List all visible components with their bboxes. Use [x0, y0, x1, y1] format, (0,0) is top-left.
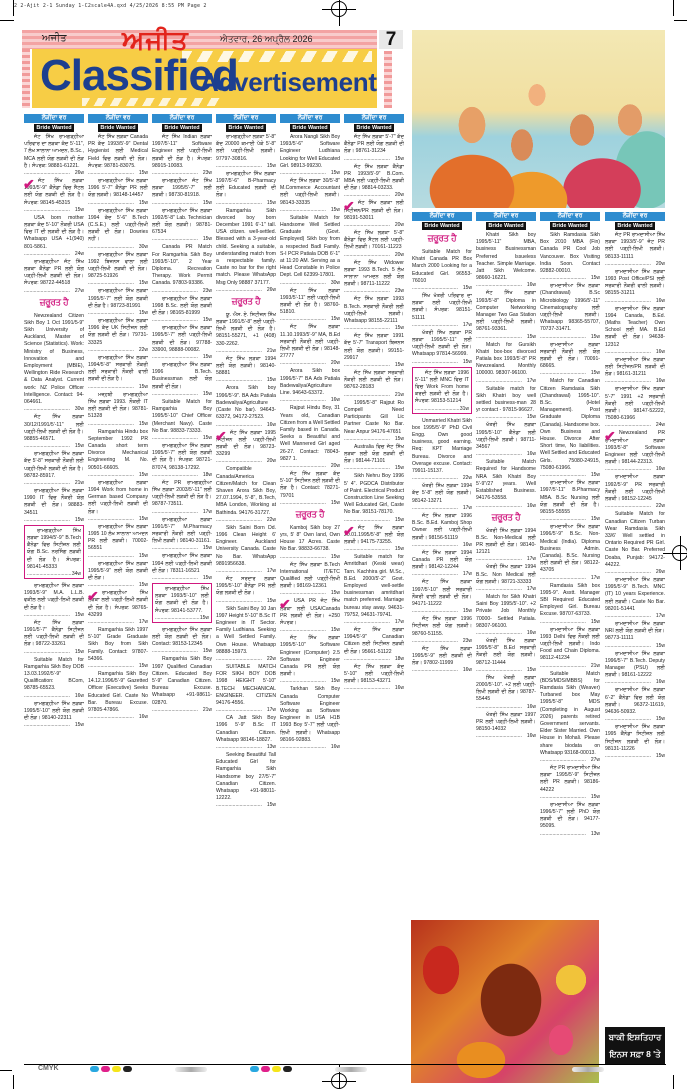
ad-text: ਰਾਮਦਾਸੀਆ ਸਿੱਖ ਲੜਕਾ (Chandrawal) B.Sc Mic…: [540, 283, 600, 333]
classified-ad: ਜੱਟ ਸਿੱਖ ਲੜਕਾ 1993 B.Tech. ਸਰਕਾਰੀ ਨੌਕਰੀ …: [344, 294, 404, 331]
word-count: 15w: [331, 500, 340, 506]
ad-text: ਖੱਤਰੀ ਸਿੱਖ ਲੜਕਾ 1995/5'-10" ਕੈਨੇਡਾ ਲਈ ਪੜ…: [476, 422, 536, 451]
classified-ad: USA born mother ਲੜਕਾ ਕੱਦ 5'-10" ਨੌਕਰੀ US…: [24, 213, 84, 257]
ad-text: ਖੱਤਰੀ ਸਿੱਖ ਲੜਕਾ 1994 ਕੱਦ 5'-8" ਲਈ ਯੋਗ ਲੜ…: [412, 483, 472, 505]
classified-ad: Seeking Beautiful Tall Educated Girl for…: [216, 750, 276, 808]
classified-ad: Suitable Match for Canadian Citizen Turb…: [605, 509, 665, 575]
column-header-punjabi: ਲੋੜੀਂਦਾ ਵਰ: [216, 114, 276, 123]
ad-text: Ramdasia Sikh box 1995-9". Asstt. Manage…: [540, 583, 600, 619]
dot-leader: .................................: [216, 802, 267, 808]
classified-ad: Australia ਵਿਚ ਜੱਟ ਸਿੱਖ ਲੜਕਾ ਲਈ ਯੋਗ ਲੜਕੀ …: [344, 442, 404, 472]
classified-ad: Sikh Ramdasia Sikh Box 2010 MBA (Fin) Ca…: [540, 230, 600, 281]
column-header-punjabi: ਲੋੜੀਂਦਾ ਵਰ: [24, 114, 84, 123]
ad-text: ਜੱਟ ਸਿੱਖ ਲੜਕਾ 1994 Canada PR ਲਈ ਯੋਗ ਲੜਕੀ…: [412, 550, 472, 572]
classified-ad: ਰਾਮਗੜ੍ਹੀਆ ਸਿੱਖ ਲੜਕਾ 1995/5'-9" ਲਈ ਯੋਗ ਲੜ…: [88, 559, 148, 589]
ad-text: ਰਾਮਗੜ੍ਹੀਆ ਸਿੱਖ ਲੜਕਾ 1995/5'-7" ਲਈ ਯੋਗ ਲੜ…: [152, 443, 212, 472]
ad-word-count: .................................16w: [476, 503, 536, 509]
classified-ad: Ramdasia Sikh box 1995-9". Asstt. Manage…: [540, 581, 600, 625]
classified-ad: ਜੱਟ ਸਿੱਖ ਲੜਕਾ ਕੱਦ 5'-10" ਲਈ ਪੜ੍ਹੀ-ਲਿਖੀ ਲ…: [344, 662, 404, 692]
ad-text: ਰਾਮਦਾਸੀਆ ਸਿੱਖ ਲੜਕਾ 5'-7" 1991 +2 ਸਰਕਾਰੀ …: [605, 386, 665, 422]
classified-ad: ਜੱਟ ਸਿੱਖ ਲੜਕਾ ਕੈਨੇਡਾ PR 1993/5'-9" B.Com…: [344, 162, 404, 199]
crop-mark-bl: [13, 1075, 14, 1089]
column-header-english: Bride Wanted: [34, 124, 74, 132]
grey-balance-bar: [335, 1067, 367, 1072]
classified-ad: ਰਾਮਗੜ੍ਹੀਆ ਸਿੱਖ ਲੜਕਾ 1990 IT ਵਿਚ ਨੌਕਰੀ ਯੋ…: [24, 486, 84, 523]
classified-ad: ਰਾਮਦਾਸੀਆ ਸਿੱਖ ਲੜਕਾ 1995 ਕੈਨੇਡਾ ਸਿਟੀਜ਼ਨ ਲ…: [605, 722, 665, 759]
ad-word-count: .................................16w: [412, 667, 472, 673]
classified-ad: ਜੱਟ ਸਿੱਖ ਲੜਕਾ 1993/5'-8" Diploma in Comp…: [476, 288, 536, 339]
word-count: 15w: [200, 615, 209, 621]
column-header-english: Bride Wanted: [226, 124, 266, 132]
ad-word-count: .................................26w: [216, 287, 276, 293]
ad-text: ਰਾਮਗੜ੍ਹੀਆ ਸਿੱਖ ਲੜਕਾ 1994 ਕੱਦ 5'-6" B.Tec…: [88, 208, 148, 244]
column-header: ਲੋੜੀਂਦਾ ਵਰBride Wanted: [540, 212, 600, 230]
column-header-punjabi: ਲੋੜੀਂਦਾ ਵਰ: [88, 114, 148, 123]
ad-text: ਜੱਟ ਸਿੱਖ ਲੜਕਾ 1991/5'-7" ਕੈਨੇਡਾ ਸਿਟੀਜ਼ਨ …: [24, 620, 84, 649]
ad-text: Kamboj Sikh boy 27 yrs, 5' 8" Own land, …: [280, 525, 340, 554]
ad-text: ਜੱਟ ਸਿੱਖ Widower ਲੜਕਾ 1993 B.Tech. 5 ਲੱਖ…: [344, 260, 404, 289]
column-header-punjabi: ਲੋੜੀਂਦਾ ਵਰ: [476, 212, 536, 221]
classified-ad: Match for Canadian Citizen Ramdasia Sikh…: [540, 376, 600, 478]
ad-text: Suitable Match Required for Handsome NRA…: [476, 459, 536, 502]
ad-text: ਰਾਮਗੜ੍ਹੀਆ ਸਿੱਖ ਲੜਕਾ 1990 IT ਵਿਚ ਨੌਕਰੀ ਯੋ…: [24, 488, 84, 517]
word-count: 16w: [527, 503, 536, 509]
ad-text: ਜੱਟ ਸਿੱਖ ਲੜਕਾ 30/5'-8" M.Commerce Accoun…: [280, 178, 340, 207]
classified-ad: ਜੱਟ ਸਿੱਖ ਲੜਕਾ 1991 ਕੱਦ 5'-7" Transport ਬ…: [344, 331, 404, 368]
ad-text: ਜੱਟ ਸਿੱਖ ਲੜਕਾ 1994/5'-9" Canadian Citize…: [344, 627, 404, 656]
classified-ad: ਰਾਮਗੜ੍ਹੀਆ ਸਿੱਖ ਲੜਕਾ 1994 ਕੱਦ 5'-6" B.Tec…: [88, 206, 148, 250]
dot-leader: .................................: [24, 722, 75, 728]
classified-ad: ਜੱਟ ਸਿੱਖ ਲੜਕਾ ਸਰਕਾਰੀ ਨੌਕਰੀ ਲਈ ਲੜਕੀ ਦੀ ਲੋ…: [344, 368, 404, 398]
classified-ad: Ramgarhia Sikh Boy 1997 Qualified Canadi…: [152, 654, 212, 712]
word-count: 16w: [331, 744, 340, 750]
classified-ad: Compatible Canada/America Citizen/Match …: [216, 464, 276, 522]
classified-ad: ਜੱਟ PR ਰਾਮਦਾਸੀਆ ਸਿੱਖ ਲੜਕਾ 1995/5'-9" ਸਿਟ…: [540, 763, 600, 800]
ad-text: ਰਾਮਗੜ੍ਹੀਆ ਸਿੱਖ ਲੜਕਾ 1997/5'-6" B-Pharmac…: [216, 171, 276, 200]
ad-text: Suitable Match for Canadian Citizen Turb…: [605, 511, 665, 569]
ad-text: ਰਾਮਗੜ੍ਹੀਆ ਲੜਕਾ 1991/5'-7" M.Pharmacy ਸਰਕ…: [152, 517, 212, 546]
ad-text: ਮਜ਼੍ਹਬੀ ਰਾਮਗੜ੍ਹੀਆ ਸਿੱਖ ਲੜਕਾ 1993. ਨੌਕਰੀ …: [88, 392, 148, 421]
dot-leader: .................................: [605, 753, 656, 759]
photo-bridal-mehndi-hands: [411, 920, 599, 1083]
column-header-english: Bride Wanted: [486, 222, 526, 230]
ad-text: Ramgarhia Sikh divorced boy born Decembe…: [216, 208, 276, 287]
ad-word-count: .................................15w: [412, 359, 472, 365]
grey-balance-bar: [572, 1067, 604, 1072]
column-header-english: Bride Wanted: [354, 124, 394, 132]
ad-text: ਰਾਮਗੜ੍ਹੀਆ ਸਿੱਖ ਲੜਕਾ 1994 ਲਈ ਪੜ੍ਹੀ-ਲਿਖੀ ਲ…: [152, 553, 212, 575]
ad-text: ਜੱਟ ਸਿੱਖ ਲੜਕਾ 1993/5'-8" Diploma in Comp…: [476, 290, 536, 333]
paper-small-label: ਅਜੀਤ: [42, 33, 67, 44]
column-header-punjabi: ਲੋੜੀਂਦਾ ਵਰ: [280, 114, 340, 123]
ad-text: Australia ਵਿਚ ਜੱਟ ਸਿੱਖ ਲੜਕਾ ਲਈ ਯੋਗ ਲੜਕੀ …: [344, 444, 404, 466]
classified-ad: ਰਾਮਦਾਸੀਆ ਸਿੱਖ ਲੜਕਾ 1993 Post Office/PSI …: [605, 267, 665, 304]
classified-ad: ਜੱਟ ਸਿੱਖ ਰਾਮਗੜ੍ਹੀਆ ਪਰਿਵਾਰ ਦਾ ਲੜਕਾ ਕੱਦ 5'…: [24, 132, 84, 176]
ad-text: Rajput Hindu Boy, 31 Years old, Canadian…: [280, 405, 340, 463]
ad-text: ਰਾਮਗੜ੍ਹੀਆ ਸਿੱਖ ਲੜਕਾ 1995/5'-7" ਲਈ ਪੜ੍ਹੀ-…: [152, 325, 212, 354]
ad-text: Ramgarhia Sikh 1997 5'-10" Grade Graduat…: [88, 627, 148, 663]
ad-text: Match for Canadian Citizen Ramdasia Sikh…: [540, 378, 600, 472]
classified-ad: ਜੱਟ ਸਿੱਖ ਲੜਕਾ 1991/5'-7" ਕੈਨੇਡਾ ਸਿਟੀਜ਼ਨ …: [24, 618, 84, 655]
classified-column: ਲੋੜੀਂਦਾ ਵਰBride Wantedਜੱਟ ਸਿੱਖ ਲੜਕਾ Cana…: [88, 114, 148, 1064]
dot-leader: .................................: [152, 707, 203, 713]
classified-ad: ✔ਜੱਟ ਸਿੱਖ ਲੜਕਾ 1993/5'-9" ਕੈਨੇਡਾ ਵਿਚ ਸੈਟ…: [24, 176, 84, 213]
classified-ad: Arora Sikh boy 1996/5'-9". BA Ads Patial…: [216, 383, 276, 427]
classified-ad: Suitable match for Sikh Khatri boy well …: [476, 384, 536, 421]
ad-text: ਰਾਮਦਾਸੀਆ ਸਿੱਖ ਲੜਕਾ NRI ਲਈ ਯੋਗ ਲੜਕੀ ਦੀ ਲੋ…: [605, 621, 665, 643]
classified-ad: ਰਾਮਗੜ੍ਹੀਆ ਸਿੱਖ ਲੜਕਾ 1995/5'-7" ਲਈ ਯੋਗ ਲੜ…: [152, 441, 212, 478]
crop-mark-tl-h: [0, 20, 14, 21]
classified-ad: ਜੱਟ ਸਿੱਖ ਲੜਕਾ 5'-8" ਕੈਨੇਡਾ ਵਿਚ ਸੈਟਲ ਲਈ ਪ…: [344, 228, 404, 258]
column-header-english: Bride Wanted: [290, 124, 330, 132]
classified-ad: ਜੱਟ ਸਿੱਖ ਲੜਕਾ 1995/5'-10" Software Engin…: [280, 633, 340, 684]
print-slug: 2 2-Ajit 2-1 Sunday 1-C2scale4A.qxd 4/25…: [14, 3, 207, 9]
ad-text: Match for Sikh Khatri Saini Boy 1995/5'-…: [476, 594, 536, 630]
ad-text: ਜੱਟ ਸਿੱਖ ਲੜਕਾ 1997/5'-10" ਲਈ ਸਰਕਾਰੀ ਨੌਕਰ…: [412, 579, 472, 608]
ad-text: ਰਾਮਗੜ੍ਹੀਆ ਸਿੱਖ ਲੜਕਾ 1995/5'-10" ਲਈ ਯੋਗ ਲ…: [24, 701, 84, 723]
ad-word-count: .................................13w: [540, 831, 600, 837]
classified-ad: ਰਾਮਦਾਸੀਆ ਸਿੱਖ ਲੜਕਾ 1993 Delhi ਵਿਚ ਨੌਕਰੀ …: [540, 625, 600, 669]
word-count: 15w: [75, 722, 84, 728]
classified-ad: Sikh Saini Born Dd. 1996 Clean Height 6'…: [216, 523, 276, 574]
ad-word-count: .................................15w: [24, 722, 84, 728]
ad-text: ਜੱਟ ਸਿੱਖ ਲੜਕਾ 1993 B.Tech. ਸਰਕਾਰੀ ਨੌਕਰੀ …: [344, 296, 404, 325]
classified-ad: ਰਾਮਗੜ੍ਹੀਆ ਲੜਕਾ 1994 Work from home in Ge…: [88, 478, 148, 522]
ad-word-count: .................................16w: [344, 685, 404, 691]
masthead-left-strip: [22, 49, 30, 108]
ad-text: Newzealand Citizen Sikh Boy 1 Oct 1991/5…: [24, 313, 84, 407]
classified-ad: ਰਾਮਗੜ੍ਹੀਆ ਸਿੱਖ ਲੜਕਾ 1994/5'-9" B.Tech ਕੈ…: [24, 525, 84, 579]
crop-mark-bl-h: [0, 1070, 12, 1071]
checkmark-icon: ✔: [344, 525, 355, 537]
word-count: 16w: [395, 685, 404, 691]
checkmark-icon: ✔: [280, 598, 291, 610]
ad-text: ਸਿੱਖ ਖੱਤਰੀ ਲੜਕਾ 2000/5'-10". +2 ਲਈ ਪੜ੍ਹੀ…: [476, 675, 536, 704]
classified-column: ਲੋੜੀਂਦਾ ਵਰBride Wantedਜੱਟ PR ਰਾਮਦਾਸੀਆ ਸਿ…: [605, 212, 665, 1024]
classified-ad: ਰਾਮਗੜ੍ਹੀਆ ਸਿੱਖ ਲੜਕਾ 1995 10 ਲੱਖ ਸਾਲਾਨਾ ਆ…: [88, 522, 148, 559]
checkmark-icon: ✔: [344, 200, 355, 212]
classified-ad: Unmarried Khatri Sikh box 1995/5'-9" PhD…: [412, 416, 472, 482]
ad-text: Khatri Sikh boy 1995/5'-11" MBA, busines…: [476, 232, 536, 282]
classified-ad: ✔ਜੱਟ ਸਿੱਖ ਲੜਕਾ 1995 ਸਿਟੀਜ਼ਨ ਲਈ ਪੜ੍ਹੀ-ਲਿਖ…: [216, 428, 276, 465]
ad-text: Tarkhan Sikh Boy Canada Computer Softwar…: [280, 686, 340, 744]
classified-ad: ਜੱਟ ਸਿੱਖ ਲੜਕਾ 30/12/1991/5'-11" ਲਈ ਪੜ੍ਹੀ…: [24, 412, 84, 449]
registration-mark-right: [672, 545, 687, 561]
word-count: 13w: [591, 831, 600, 837]
word-count: 15w: [656, 753, 665, 759]
word-count: 15w: [75, 517, 84, 523]
ad-text: ਰਾਮਗੜ੍ਹੀਆ ਸਿੱਖ ਲੜਕਾ 1994/5'-8" ਸਰਕਾਰੀ ਨੌ…: [88, 355, 148, 384]
column-header: ਲੋੜੀਂਦਾ ਵਰBride Wanted: [152, 114, 212, 132]
classified-ad: ਰਾਮਗੜ੍ਹੀਆ ਸਿੱਖ ਲੜਕਾ 1993/5'-10" ਲਈ ਯੋਗ ਲ…: [152, 583, 212, 623]
word-count: 15w: [463, 359, 472, 365]
column-header-punjabi: ਲੋੜੀਂਦਾ ਵਰ: [412, 212, 472, 221]
dot-leader: .................................: [415, 406, 460, 412]
classified-ad: ਰਾਮਦਾਸੀਆ ਸਿੱਖ ਲੜਕਾ 1995/5'-9" B.Tech. MN…: [605, 575, 665, 619]
classified-ad: ਰਾਮਦਾਸੀਆ ਸਿੱਖ ਲੜਕਾ 5'-7" 1991 +2 ਸਰਕਾਰੀ …: [605, 384, 665, 428]
word-count: 16w: [527, 733, 536, 739]
crop-mark-tr: [673, 0, 674, 16]
ad-text: ਰਾਮਗੜ੍ਹੀਆ ਜੱਟ ਸਿੱਖ ਲੜਕਾ ਕੈਨੇਡਾ PR ਲਈ ਯੋਗ…: [24, 259, 84, 288]
ad-text: Suitable match for Sikh Khatri boy well …: [476, 386, 536, 415]
classified-ad: Khatri Sikh boy 1995/5'-11" MBA, busines…: [476, 230, 536, 288]
classified-ad: ਰਾਮਗੜ੍ਹੀਆ ਜੱਟ ਸਿੱਖ ਲੜਕਾ ਕੈਨੇਡਾ PR ਲਈ ਯੋਗ…: [24, 257, 84, 294]
classified-ad: ✔USA PR ਜੱਟ ਸਿੱਖ ਲੜਕਾ ਲਈ USA/Canada PR ਲ…: [280, 596, 340, 633]
checkmark-icon: ✔: [24, 178, 35, 190]
column-header: ਲੋੜੀਂਦਾ ਵਰBride Wanted: [280, 114, 340, 132]
ad-word-count: .................................27w: [24, 288, 84, 294]
ad-text: ਯੂ. ਐਸ. ਏ. ਸਿਟੀਜ਼ਨ ਸਿੱਖ ਲੜਕਾ 1991/5'-8" …: [216, 312, 276, 348]
ad-text: Suitable Match for Khatri Canada PR Box …: [412, 249, 472, 285]
classified-ad: ਜੱਟ ਸਿੱਖ ਲੜਕਾ 1994 Canada PR ਲਈ ਯੋਗ ਲੜਕੀ…: [412, 548, 472, 578]
ad-text: CA Jatt Sikh Boy 1996 5'-9" B.Sc IT Cana…: [216, 715, 276, 744]
column-header-english: Bride Wanted: [615, 222, 655, 230]
continued-line2: ਇਨਸ ਸਫ਼ਾ 8 'ਤੇ: [605, 1046, 665, 1063]
classified-ad: ਖੱਤਰੀ ਸਿੱਖ ਲੜਕਾ 1994 B.Sc. Non Medical ਲ…: [476, 562, 536, 592]
ad-text: ਜੱਟ ਸਿੱਖ ਲੜਕਾ Canada PR ਕੱਦ 1993/5'-9" D…: [88, 134, 148, 170]
classified-ad: ਰਾਮਦਾਸੀਆ ਸਿੱਖ ਲੜਕਾ 1997/5'-11" B.Pharmac…: [540, 478, 600, 522]
cmyk-label: CMYK: [38, 1065, 59, 1072]
classified-ad: ਜੱਟ PR ਰਾਮਗੜ੍ਹੀਆ ਸਿੱਖ ਲੜਕਾ 2003/5'-11" ਲ…: [152, 478, 212, 515]
word-count: 27w: [75, 288, 84, 294]
dot-leader: .................................: [88, 714, 139, 720]
ad-text: ਜੱਟ PR ਰਾਮਦਾਸੀਆ ਸਿੱਖ ਲੜਕਾ 1993/5'-9" ਜੱਟ…: [605, 232, 665, 261]
ad-word-count: .................................21w: [152, 707, 212, 713]
column-header-english: Bride Wanted: [422, 222, 462, 230]
ad-text: ਸਿੱਖ ਖੱਤਰੀ ਪਰਿਵਾਰ ਦਾ ਲੜਕਾ ਲਈ ਪੜ੍ਹੀ-ਲਿਖੀ …: [412, 293, 472, 322]
column-header: ਲੋੜੀਂਦਾ ਵਰBride Wanted: [24, 114, 84, 132]
classified-ad: ਰਾਮਗੜ੍ਹੀਆ ਸਿੱਖ ਲੜਕਾ 1992/5'-8" Lab. Tech…: [152, 206, 212, 243]
classified-ad: Sikh Nehru Boy 1996 5' 4". PGDCA Distrib…: [344, 471, 404, 522]
classified-ad: Sikh Saini Boy 10 Jan 1997 Height 5'-10"…: [216, 604, 276, 662]
classified-ad: Ramgarhia Sikh Boy 14.12.1996/5'-9" Gaze…: [88, 669, 148, 720]
classified-ad: ਜੱਟ ਸਿੱਖ ਲੜਕਾ 1993/5'-11" ਲਈ ਪੜ੍ਹੀ-ਲਿਖੀ …: [280, 286, 340, 323]
ad-text: Compatible Canada/America Citizen/Match …: [216, 466, 276, 516]
ad-text: ਰਾਮਗੜ੍ਹੀਆ ਸਿੱਖ ਲੜਕਾ 1992 ਬਿਜ਼ਨਸ ਵਾਲਾ ਲਈ …: [88, 252, 148, 281]
classified-ad: ਰਾਮਗੜ੍ਹੀਆ ਸਿੱਖ ਲੜਕਾ 1996 B.Tech. Busines…: [152, 360, 212, 397]
ad-text: Match for Gursikh Khatri box-box divorce…: [476, 342, 536, 378]
ad-text: ਰਾਮਦਾਸੀਆ ਲੜਕਾ 1992/5'-9" PR ਸਰਕਾਰੀ ਨੌਕਰੀ…: [605, 474, 665, 503]
crop-mark-tl: [13, 0, 14, 16]
category-badge: ਜ਼ਰੂਰਤ ਹੈ: [412, 234, 472, 245]
ad-text: ਰਾਮਦਾਸੀਆ ਸਿੱਖ ਲੜਕਾ 1996/5'-7" ਲਈ PhD ਯੋਗ…: [540, 802, 600, 831]
ad-word-count: .................................16w: [280, 744, 340, 750]
column-header-punjabi: ਲੋੜੀਂਦਾ ਵਰ: [605, 212, 665, 221]
ad-text: ਰਾਮਗੜ੍ਹੀਆ ਲੜਕਾ 5'-8" ਕੱਦ 20000 ਕਮਾਈ ਪੱਕੇ…: [216, 134, 276, 163]
ad-word-count: .................................15w: [152, 575, 212, 581]
ad-text: Arora Sikh boy 1996/5'-9". BA Ads Patial…: [216, 385, 276, 421]
ad-text: ਰਾਮਦਾਸੀਆ ਸਿੱਖ ਲੜਕਾ 1993 Post Office/PSI …: [605, 269, 665, 298]
classified-ad: ਜੱਟ ਸਿੱਖ ਲੜਕਾ 1994 ਲਈ ਯੋਗ ਲੜਕੀ। 98140-58…: [216, 354, 276, 384]
ad-text: Sikh Saini Boy 10 Jan 1997 Height 5'-10"…: [216, 606, 276, 656]
crop-mark-tr-h: [674, 20, 687, 21]
ad-text: ਖੱਤਰੀ ਸਿੱਖ ਲੜਕਾ 1994 B.Sc. Non Medical ਲ…: [476, 564, 536, 586]
crop-mark-br: [673, 1075, 674, 1089]
classified-ad: Suitable Match (BDS/MDS/MBBS) for Ramdas…: [540, 669, 600, 763]
classified-ad: ਰਾਮਗੜ੍ਹੀਆ ਸਿੱਖ ਲੜਕਾ 1998 B.Sc. ਲਈ ਯੋਗ ਲੜ…: [152, 294, 212, 324]
ad-word-count: .................................16w: [88, 714, 148, 720]
ad-text: ਜੱਟ ਸਿੱਖ ਲੜਕਾ 1995/5'-10" Software Engin…: [280, 635, 340, 678]
ad-text: ਜੱਟ ਸਿੱਖ Indian ਲੜਕਾ 1997/5'-11" Softwar…: [152, 134, 212, 170]
ad-text: Ramgarhia Sikh Boy 1997 Qualified Canadi…: [152, 656, 212, 706]
ad-text: ਰਾਮਗੜ੍ਹੀਆ ਲੜਕਾ 1994 Work from home in Ge…: [88, 480, 148, 516]
ad-text: ਜੱਟ ਸਿੱਖ ਲੜਕਾ 11.10.1993/5'-9" MA, B.Ed …: [280, 324, 340, 360]
dot-leader: .................................: [216, 287, 267, 293]
classified-ad: ਰਾਮਦਾਸੀਆ ਸਿੱਖ ਲੜਕਾ NRI ਲਈ ਯੋਗ ਲੜਕੀ ਦੀ ਲੋ…: [605, 619, 665, 649]
classified-ad: ਰਾਮਦਾਸੀਆ ਸਿੱਖ ਲੜਕਾ ਲਈ ਸਿਟੀਜ਼ਨ/PR ਲੜਕੀ ਦੀ…: [605, 355, 665, 385]
column-header: ਲੋੜੀਂਦਾ ਵਰBride Wanted: [216, 114, 276, 132]
classified-column: ਲੋੜੀਂਦਾ ਵਰBride Wantedਜੱਟ ਸਿੱਖ Indian ਲੜ…: [152, 114, 212, 1064]
classified-ad: ਰਾਮਗੜ੍ਹੀਆ ਸਿੱਖ ਲੜਕਾ 1996 5'-7" ਕੈਨੇਡਾ PR…: [88, 176, 148, 206]
ad-word-count: .................................15w: [24, 517, 84, 523]
classified-ad: ✔ਜੱਟ ਸਿੱਖ ਲੜਕਾ ਲਈ ਸਿਟੀਜ਼ਨ/PR ਲੜਕੀ ਦੀ ਲੋੜ…: [344, 198, 404, 228]
ad-text: ਜੱਟ ਸਿੱਖ ਲੜਕਾ 30/12/1991/5'-11" ਲਈ ਪੜ੍ਹੀ…: [24, 414, 84, 443]
ad-text: ਰਾਮਦਾਸੀਆ ਸਿੱਖ ਲੜਕਾ 1995/5'-9" B.Tech. MN…: [605, 577, 665, 613]
ad-text: Suitable Match for Ramgarhia Sikh Boy DO…: [24, 657, 84, 693]
dot-leader: .................................: [280, 500, 331, 506]
ad-text: Sikh Nehru Boy 1996 5' 4". PGDCA Distrib…: [344, 473, 404, 516]
ad-word-count: .................................34w: [27, 571, 81, 577]
classified-ad: ਜੱਟ ਸਰਦਾਰ ਲੜਕਾ 1995/5'-10" ਕੈਨੇਡਾ PR ਲਈ …: [216, 574, 276, 604]
ad-word-count: .................................15w: [605, 753, 665, 759]
classified-ad: ਰਾਮਗੜ੍ਹੀਆ ਸਿੱਖ ਲੜਕਾ 1992 ਬਿਜ਼ਨਸ ਵਾਲਾ ਲਈ …: [88, 250, 148, 287]
dot-leader: .................................: [24, 288, 75, 294]
classified-ad: ਜੱਟ ਸਿੱਖ Widower ਲੜਕਾ 1993 B.Tech. 5 ਲੱਖ…: [344, 258, 404, 295]
ad-text: ਰਾਮਗੜ੍ਹੀਆ ਸਿੱਖ ਲੜਕਾ 1996 ਕੱਦ UK ਸਿਟੀਜ਼ਨ …: [88, 318, 148, 347]
classified-ad: Canada PR Match For Ramgarhia Sikh Boy 1…: [152, 242, 212, 293]
ad-text: ਰਾਮਦਾਸੀਆ ਸਿੱਖ ਲੜਕਾ 1993 Delhi ਵਿਚ ਨੌਕਰੀ …: [540, 627, 600, 663]
issue-date: ਐਤਵਾਰ, 26 ਅਪ੍ਰੈਲ 2026: [220, 34, 313, 45]
classified-ad: ਰਾਮਗੜ੍ਹੀਆ ਲੜਕਾ 5'-8" ਕੱਦ 20000 ਕਮਾਈ ਪੱਕੇ…: [216, 132, 276, 169]
classified-ad: Match for Gursikh Khatri box-box divorce…: [476, 340, 536, 384]
classified-ad: ਜੱਟ ਸਿੱਖ ਲੜਕਾ 11.10.1993/5'-9" MA, B.Ed …: [280, 322, 340, 366]
ad-text: Suitable Match for Ramgarhia Boy 1995/5'…: [152, 399, 212, 435]
ad-text: USA born mother ਲੜਕਾ ਕੱਦ 5'-10" ਨੌਕਰੀ US…: [24, 215, 84, 251]
classified-ad: ਜੱਟ ਸਿੱਖ ਲੜਕਾ Canada PR ਕੱਦ 1993/5'-9" D…: [88, 132, 148, 176]
column-header: ਲੋੜੀਂਦਾ ਵਰBride Wanted: [88, 114, 148, 132]
word-count: 15w: [203, 575, 212, 581]
classified-ad: ਰਾਮਗੜ੍ਹੀਆ ਸਿੱਖ ਲੜਕਾ 1996 ਕੱਦ UK ਸਿਟੀਜ਼ਨ …: [88, 316, 148, 353]
classified-ad: 1995/5'-8" Rajput Ro Compell Need Partic…: [344, 398, 404, 442]
ad-text: ਰਾਮਗੜ੍ਹੀਆ ਸਿੱਖ ਲੜਕਾ 1995/5'-9" ਲਈ ਯੋਗ ਲੜ…: [88, 561, 148, 583]
classified-ad: ✔ਜੱਟ ਸਿੱਖ ਲੜਕਾ 20.01.1995/5'-8" ਲਈ ਯੋਗ ਲ…: [344, 523, 404, 553]
ad-text: ਜੱਟ ਸਿੱਖ ਲੜਕਾ 1996 B.Sc. B.Ed. Kamboj Sh…: [412, 513, 472, 542]
classified-ad: Suitable Match for Khatri Canada PR Box …: [412, 247, 472, 291]
ad-word-count: .................................15w: [216, 802, 276, 808]
ad-text: ਰਾਮਗੜ੍ਹੀਆ ਸਿੱਖ ਲੜਕਾ 1992/5'-8" Lab. Tech…: [152, 208, 212, 237]
ad-text: ਖੱਤਰੀ ਸਿੱਖ ਲੜਕਾ PR ਲੜਕਾ 1995/5'-11" ਲਈ ਪ…: [412, 330, 472, 359]
masthead-stripe-band: [22, 30, 377, 49]
classified-ad: Suitable Match for Ramgarhia Sikh Boy DO…: [24, 655, 84, 699]
classified-ad: ਖੱਤਰੀ ਸਿੱਖ ਲੜਕਾ 1994 ਕੱਦ 5'-8" ਲਈ ਯੋਗ ਲੜ…: [412, 481, 472, 511]
classified-ad: Match for Sikh Khatri Saini Boy 1995/5'-…: [476, 592, 536, 636]
column-header: ਲੋੜੀਂਦਾ ਵਰBride Wanted: [344, 114, 404, 132]
classified-ad: Ramgarhia Sikh divorced boy born Decembe…: [216, 206, 276, 293]
dot-leader: .................................: [540, 831, 591, 837]
grey-balance-bar: [175, 1067, 207, 1072]
ad-text: ਰਾਮਗੜ੍ਹੀਆ ਸਿੱਖ ਲੜਕਾ 1996 5'-7" ਕੈਨੇਡਾ PR…: [88, 178, 148, 200]
ad-text: 1995/5'-8" Rajput Ro Compell Need Partic…: [344, 400, 404, 436]
word-count: 15w: [267, 802, 276, 808]
word-count: 34w: [72, 571, 81, 577]
classified-ad: ਜੱਟ ਸਿੱਖ ਲੜਕਾ 1996 5'-11" ਲਈ MNC ਵਿਚ IT …: [412, 367, 472, 414]
page-number: 7: [379, 30, 403, 49]
ad-text: Suitable Match (BDS/MDS/MBBS) for Ramdas…: [540, 671, 600, 757]
ad-text: ਰਾਮਦਾਸੀਆ ਸਿੱਖ ਲੜਕਾ ਲਈ ਸਿਟੀਜ਼ਨ/PR ਲੜਕੀ ਦੀ…: [605, 357, 665, 379]
classified-ad: SUITABLE MATCH FOR SIKH BOY DOB 1998 HEI…: [216, 662, 276, 713]
column-header-english: Bride Wanted: [162, 124, 202, 132]
classified-ad: Suitable Match Required for Handsome NRA…: [476, 457, 536, 508]
ad-text: ਰਾਮਦਾਸੀਆ ਸਿੱਖ ਲੜਕਾ 1997/5'-11" B.Pharmac…: [540, 480, 600, 516]
dot-leader: .................................: [152, 575, 203, 581]
ad-text: Arora Nangli Sikh Boy 1993/5'-6" Softwar…: [280, 134, 340, 170]
classified-ad: ਜੱਟ ਸਿੱਖ ਲੜਕਾ 1995/5'-9" ਲਈ ਲੜਕੀ ਦੀ ਲੋੜ।…: [412, 644, 472, 674]
classified-ad: ਰਾਮਗੜ੍ਹੀਆ ਸਿੱਖ ਲੜਕਾ 1995/5'-7" ਲਈ ਯੋਗ ਲੜ…: [88, 286, 148, 316]
classified-column: ਲੋੜੀਂਦਾ ਵਰBride Wantedਜ਼ਰੂਰਤ ਹੈSuitable …: [412, 212, 472, 918]
classified-ad: Suitable Match for Ramgarhia Boy 1995/5'…: [152, 397, 212, 441]
continued-line1: ਬਾਕੀ ਇਸ਼ਤਿਹਾਰ: [605, 1029, 665, 1046]
ad-text: ਰਾਮਦਾਸੀਆ ਸਿੱਖ ਲੜਕਾ 6'-2" ਕੈਨੇਡਾ ਵਿਚ ਲਈ ਯ…: [605, 687, 665, 716]
ad-text: ਰਾਮਗੜ੍ਹੀਆ ਸਿੱਖ ਲੜਕਾ ਕੱਦ 5'-8" ਸਰਕਾਰੀ ਨੌਕ…: [24, 451, 84, 480]
classified-ad: ਜੱਟ ਸਿੱਖ ਲੜਕਾ 1996 B.Sc. B.Ed. Kamboj Sh…: [412, 511, 472, 548]
ad-text: ਜੱਟ ਸਿੱਖ ਲੜਕਾ 1994 ਲਈ ਯੋਗ ਲੜਕੀ। 98140-58…: [216, 356, 276, 378]
checkmark-icon: ✔: [88, 590, 99, 602]
ad-word-count: .................................15w: [155, 615, 209, 621]
classified-ad: Rajput Hindu Boy, 31 Years old, Canadian…: [280, 403, 340, 469]
classified-ad: CA Jatt Sikh Boy 1996 5'-9" B.Sc IT Cana…: [216, 713, 276, 750]
classified-ad: ਖੱਤਰੀ ਸਿੱਖ ਲੜਕਾ 1995/5'-8" B.Ed ਸਰਕਾਰੀ ਨ…: [476, 636, 536, 673]
classified-column: ਲੋੜੀਂਦਾ ਵਰBride WantedSikh Ramdasia Sikh…: [540, 212, 600, 918]
classified-ad: Suitable Match for Handsome Well Settled…: [280, 213, 340, 286]
ad-text: ਜੱਟ ਸਿੱਖ ਰਾਮਗੜ੍ਹੀਆ ਪਰਿਵਾਰ ਦਾ ਲੜਕਾ ਕੱਦ 5'…: [24, 134, 84, 170]
classified-column: ਲੋੜੀਂਦਾ ਵਰBride Wantedਜੱਟ ਸਿੱਖ ਲੜਕਾ 5'-7…: [344, 114, 404, 1064]
ad-text: ਰਾਮਗੜ੍ਹੀਆ ਸਿੱਖ ਲੜਕਾ 1995/5'-7" ਲਈ ਯੋਗ ਲੜ…: [88, 288, 148, 310]
classified-ad: Ramgarhia Sikh 1997 5'-10" Grade Graduat…: [88, 625, 148, 669]
classified-ad: ਖੱਤਰੀ ਸਿੱਖ ਲੜਕਾ 1995/5'-10" ਕੈਨੇਡਾ ਲਈ ਪੜ…: [476, 420, 536, 457]
classified-ad: ਜੱਟ ਸਿੱਖ ਲੜਕਾ ਕੱਦ 5'-10" ਸਿਟੀਜ਼ਨ ਲਈ ਲੜਕੀ…: [280, 469, 340, 506]
dot-leader: .................................: [280, 744, 331, 750]
classified-column: ਲੋੜੀਂਦਾ ਵਰBride WantedArora Nangli Sikh …: [280, 114, 340, 1064]
ad-text: ਜੱਟ ਸਿੱਖ ਲੜਕਾ ਕੱਦ 5'-10" ਸਿਟੀਜ਼ਨ ਲਈ ਲੜਕੀ…: [280, 471, 340, 500]
classified-ad: ਰਾਮਗੜ੍ਹੀਆ ਸਿੱਖ ਲੜਕਾ ਕੱਦ 5'-8" ਸਰਕਾਰੀ ਨੌਕ…: [24, 449, 84, 486]
dot-leader: .................................: [476, 503, 527, 509]
title-advertisement: Advertisement: [200, 68, 377, 96]
ad-text: Suitable match for Amritdhari (Keski wea…: [344, 554, 404, 619]
dot-leader: .................................: [412, 667, 463, 673]
dot-leader: .................................: [344, 685, 395, 691]
word-count: 26w: [267, 287, 276, 293]
classified-ad: ਜੱਟ PR ਰਾਮਦਾਸੀਆ ਸਿੱਖ ਲੜਕਾ 1993/5'-9" ਜੱਟ…: [605, 230, 665, 267]
bottom-rule: [24, 1064, 666, 1065]
classified-ad: ਰਾਮਗੜ੍ਹੀਆ ਸਿੱਖ ਲੜਕਾ 1993/5'-9" M.A. L.L.…: [24, 581, 84, 618]
ad-text: ਜੱਟ ਸਿੱਖ ਲੜਕਾ 1993/5'-11" ਲਈ ਪੜ੍ਹੀ-ਲਿਖੀ …: [280, 288, 340, 317]
classified-ad: ਜੱਟ ਸਿੱਖ ਲੜਕਾ 1997/5'-10" ਲਈ ਸਰਕਾਰੀ ਨੌਕਰ…: [412, 577, 472, 614]
classified-ad: ਰਾਮਗੜ੍ਹੀਆ ਸਿੱਖ ਲੜਕਾ 1994 ਲਈ ਪੜ੍ਹੀ-ਲਿਖੀ ਲ…: [152, 551, 212, 581]
word-count: 16w: [463, 667, 472, 673]
ad-text: ਰਾਮਦਾਸੀਆ ਸਿੱਖ ਲੜਕਾ 1994 Canada, B.Ed. (M…: [605, 306, 665, 349]
classified-ad: ਰਾਮਦਾਸੀਆ ਸਿੱਖ ਲੜਕਾ 1996/5'-7" B.Tech. De…: [605, 649, 665, 686]
classified-ad: Arora Nangli Sikh Boy 1993/5'-6" Softwar…: [280, 132, 340, 176]
category-badge: ਜ਼ਰੂਰਤ ਹੈ: [476, 513, 536, 524]
masthead: ਅਜੀਤ ਅਜੀਤ ਐਤਵਾਰ, 26 ਅਪ੍ਰੈਲ 2026 7 Classi…: [22, 30, 403, 108]
ad-text: ਜੱਟ ਸਿੱਖ ਲੜਕਾ 1996 5'-11" ਲਈ MNC ਵਿਚ IT …: [415, 370, 469, 406]
ad-text: ਰਾਮਗੜ੍ਹੀਆ ਸਿੱਖ ਲੜਕਾ 1996 B.Tech. Busines…: [152, 362, 212, 391]
classified-ad: ਜੱਟ ਸਿੱਖ ਲੜਕਾ 30/5'-8" M.Commerce Accoun…: [280, 176, 340, 213]
ad-text: Suitable Match for Handsome Well Settled…: [280, 215, 340, 280]
classified-ad: ਰਾਮਗੜ੍ਹੀਆ ਲੜਕਾ 1991/5'-7" M.Pharmacy ਸਰਕ…: [152, 515, 212, 552]
classified-ad: ਜੱਟ ਸਿੱਖ ਲੜਕਾ 1994/5'-9" Canadian Citize…: [344, 625, 404, 662]
ad-text: ਜੱਟ ਸਿੱਖ ਲੜਕਾ 5'-7" ਕੱਦ ਕੈਨੇਡਾ PR ਲਈ ਯੋਗ…: [344, 134, 404, 156]
